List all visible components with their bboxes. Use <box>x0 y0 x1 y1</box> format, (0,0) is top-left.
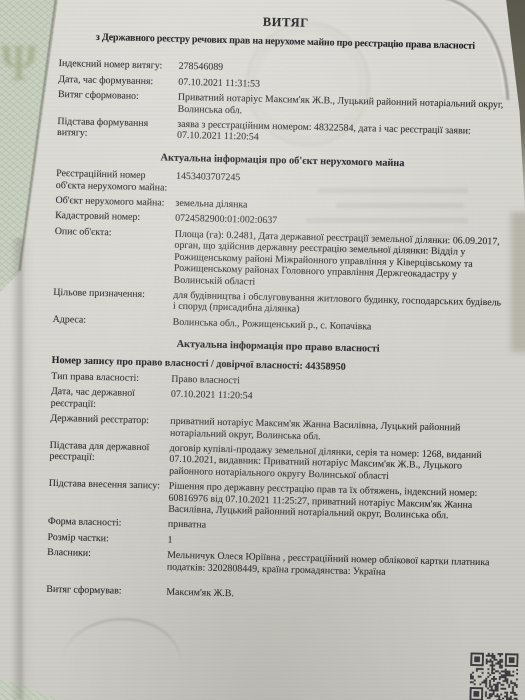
field-value: договір купівлі-продажу земельної ділянк… <box>169 443 502 485</box>
field-value: 1453403707245 <box>176 171 508 202</box>
object-rows: Реєстраційний номер об'єкта нерухомого м… <box>53 168 509 335</box>
field-value: заява з реєстраційним номером: 48322584,… <box>177 119 509 150</box>
document-photo: Ψ ВИТЯГ з Державного реєстру речових пра… <box>0 0 525 700</box>
ownership-rows: Тип права власності: Право власності Дат… <box>47 371 504 581</box>
field-value: 07.10.2021 11:20:54 <box>171 389 503 420</box>
field-row: Опис об'єкта: Площа (га): 0.2481, Дата д… <box>54 226 507 294</box>
field-value: Мельничук Олеся Юріївна , реєстраційний … <box>167 550 499 581</box>
fold-shadow <box>11 238 33 700</box>
field-label: Розмір частки: <box>47 532 167 546</box>
intro-rows: Індексний номер витягу: 278546089 Дата, … <box>57 58 511 149</box>
field-row: Підстава внесення запису: Рішення про де… <box>48 478 501 523</box>
field-label: Форма власності: <box>48 516 168 530</box>
document-subtitle: з Державного реєстру речових прав на нер… <box>59 31 511 53</box>
section-heading-ownership: Актуальна інформація про право власності <box>52 336 504 358</box>
field-label: Тип права власності: <box>51 371 171 385</box>
field-label: Витяг сформовано: <box>58 89 179 115</box>
field-value: для будівництва і обслуговування житлово… <box>173 290 505 321</box>
field-label: Об'єкт нерухомого майна: <box>55 195 175 209</box>
field-label: Опис об'єкта: <box>54 226 175 286</box>
field-label: Підстава для державної реєстрації: <box>49 440 170 477</box>
field-value: Площа (га): 0.2481, Дата державної реєст… <box>174 229 507 294</box>
field-value: приватний нотаріус Максим'як Жанна Васил… <box>170 416 502 447</box>
field-label: Адреса: <box>53 314 173 328</box>
field-label: Власники: <box>47 547 168 573</box>
field-label: Індексний номер витягу: <box>59 58 179 72</box>
field-label: Цільове призначення: <box>53 287 174 313</box>
field-label: Підстава внесення запису: <box>48 478 169 515</box>
background-reflection <box>511 212 525 352</box>
extract-document: ВИТЯГ з Державного реєстру речових прав … <box>46 10 512 610</box>
field-label: Державний реєстратор: <box>50 413 171 439</box>
field-row: Витяг сформував: Максим'як Ж.В. <box>46 584 498 606</box>
field-value: Приватний нотаріус Максим'як Ж.В., Луцьк… <box>178 92 510 123</box>
trident-watermark-icon: Ψ <box>1 33 37 92</box>
qr-code <box>469 652 518 700</box>
field-label: Дата, час формування: <box>58 74 178 88</box>
field-label: Реєстраційний номер об'єкта нерухомого м… <box>56 168 177 194</box>
field-row: Підстава для державної реєстрації: догов… <box>49 440 502 485</box>
field-label: Дата, час державної реєстрації: <box>51 386 172 412</box>
section-heading-object: Актуальна інформація про об'єкт нерухомо… <box>56 150 508 172</box>
field-label: Витяг сформував: <box>46 584 166 598</box>
pencil-mark <box>62 612 187 674</box>
field-label: Підстава формування витягу: <box>57 116 178 142</box>
field-value: Максим'як Ж.В. <box>166 587 498 606</box>
field-value: Волинська обл., Рожищенський р., с. Копа… <box>173 316 505 335</box>
field-label: Кадастровий номер: <box>55 210 175 224</box>
field-value: Рішення про державну реєстрацію прав та … <box>168 481 501 523</box>
footer-rows: Витяг сформував: Максим'як Ж.В. <box>46 584 498 606</box>
